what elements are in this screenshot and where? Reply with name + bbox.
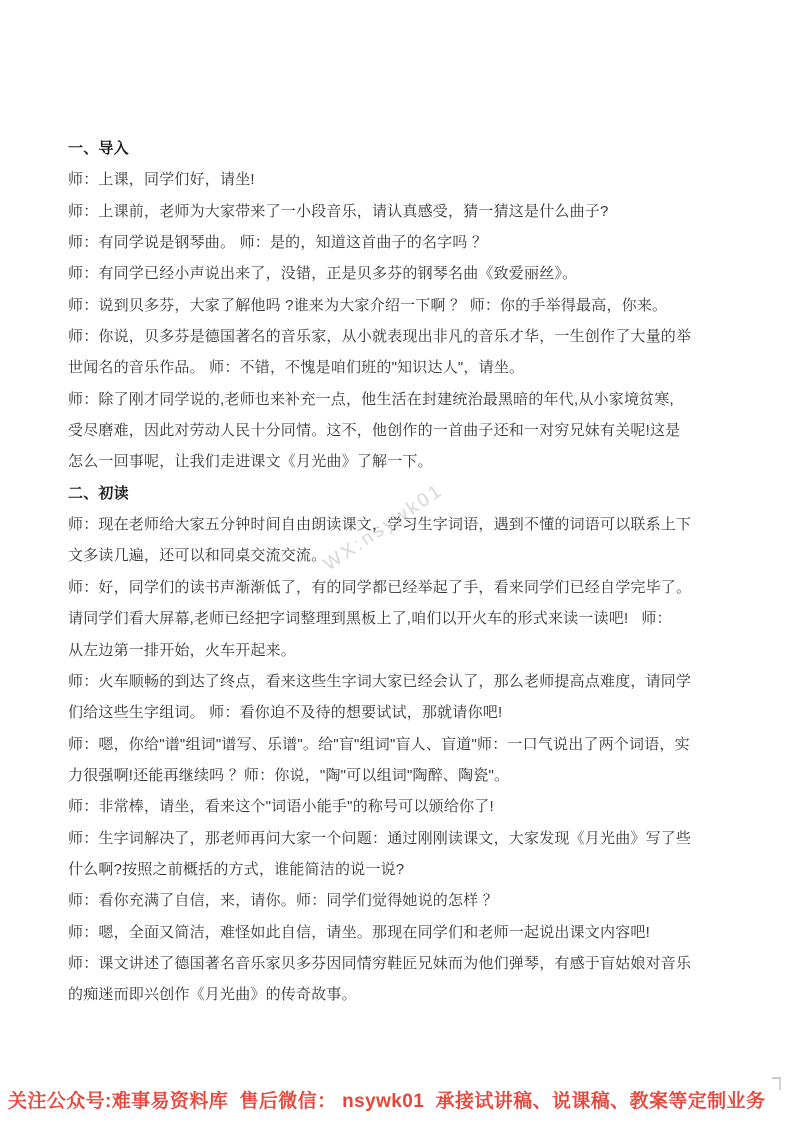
transcript-line: 师：看你充满了自信，来，请你。师：同学们觉得她说的怎样 ？ (68, 885, 732, 916)
document-page: WX:nsywk01 一、导入师：上课，同学们好，请坐!师：上课前，老师为大家带… (0, 0, 793, 1122)
transcript-line: 师：上课前，老师为大家带来了一小段音乐，请认真感受，猜一猜这是什么曲子? (68, 196, 732, 227)
transcript-line: 师：嗯，全面又简洁，难怪如此自信，请坐。那现在同学们和老师一起说出课文内容吧! (68, 917, 732, 948)
transcript-line: 师：非常棒，请坐，看来这个"词语小能手"的称号可以颁给你了! (68, 791, 732, 822)
transcript-line: 师：你说，贝多芬是德国著名的音乐家，从小就表现出非凡的音乐才华，一生创作了大量的… (68, 321, 732, 352)
transcript-line: 师：现在老师给大家五分钟时间自由朗读课文，学习生字词语，遇到不懂的词语可以联系上… (68, 509, 732, 540)
transcript-line: 师：有同学已经小声说出来了，没错，正是贝多芬的钢琴名曲《致爱丽丝》。 (68, 258, 732, 289)
transcript-line: 怎么一回事呢，让我们走进课文《月光曲》了解一下。 (68, 446, 732, 477)
section-heading: 二、初读 (68, 478, 732, 509)
promo-footer-text: 关注公众号:难事易资料库 售后微信： nsywk01 承接试讲稿、说课稿、教案等… (8, 1086, 788, 1113)
transcript-line: 师：生字词解决了，那老师再问大家一个问题：通过刚刚读课文，大家发现《月光曲》写了… (68, 823, 732, 854)
transcript-line: 的痴迷而即兴创作《月光曲》的传奇故事。 (68, 979, 732, 1010)
transcript-line: 师：上课，同学们好，请坐! (68, 164, 732, 195)
transcript-line: 师：有同学说是钢琴曲。 师：是的，知道这首曲子的名字吗 ？ (68, 227, 732, 258)
transcript-line: 师：嗯，你给"谱"组词"谱写、乐谱"。给"盲"组词"盲人、盲道"师：一口气说出了… (68, 729, 732, 760)
transcript-line: 从左边第一排开始，火车开起来。 (68, 635, 732, 666)
lesson-transcript: 一、导入师：上课，同学们好，请坐!师：上课前，老师为大家带来了一小段音乐，请认真… (68, 133, 732, 1011)
transcript-line: 受尽磨难，因此对劳动人民十分同情。这不，他创作的一首曲子还和一对穷兄妹有关呢!这… (68, 415, 732, 446)
transcript-line: 们给这些生字组词。 师：看你迫不及待的想要试试，那就请你吧! (68, 697, 732, 728)
transcript-line: 请同学们看大屏幕,老师已经把字词整理到黑板上了,咱们以开火车的形式来读一读吧! … (68, 603, 732, 634)
section-heading: 一、导入 (68, 133, 732, 164)
transcript-line: 师：课文讲述了德国著名音乐家贝多芬因同情穷鞋匠兄妹而为他们弹琴，有感于盲姑娘对音… (68, 948, 732, 979)
transcript-line: 世闻名的音乐作品。 师：不错，不愧是咱们班的"知识达人"，请坐。 (68, 352, 732, 383)
transcript-line: 力很强啊!还能再继续吗 ？师：你说，"陶"可以组词"陶醉、陶瓷"。 (68, 760, 732, 791)
transcript-line: 师：好，同学们的读书声渐渐低了，有的同学都已经举起了手，看来同学们已经自学完毕了… (68, 572, 732, 603)
transcript-line: 什么啊?按照之前概括的方式，谁能简洁的说一说? (68, 854, 732, 885)
transcript-line: 文多读几遍，还可以和同桌交流交流。 (68, 540, 732, 571)
transcript-line: 师：火车顺畅的到达了终点，看来这些生字词大家已经会认了，那么老师提高点难度，请同… (68, 666, 732, 697)
transcript-line: 师：说到贝多芬，大家了解他吗 ?谁来为大家介绍一下啊 ？ 师：你的手举得最高，你… (68, 290, 732, 321)
transcript-line: 师：除了刚才同学说的,老师也来补充一点，他生活在封建统治最黑暗的年代,从小家境贫… (68, 384, 732, 415)
